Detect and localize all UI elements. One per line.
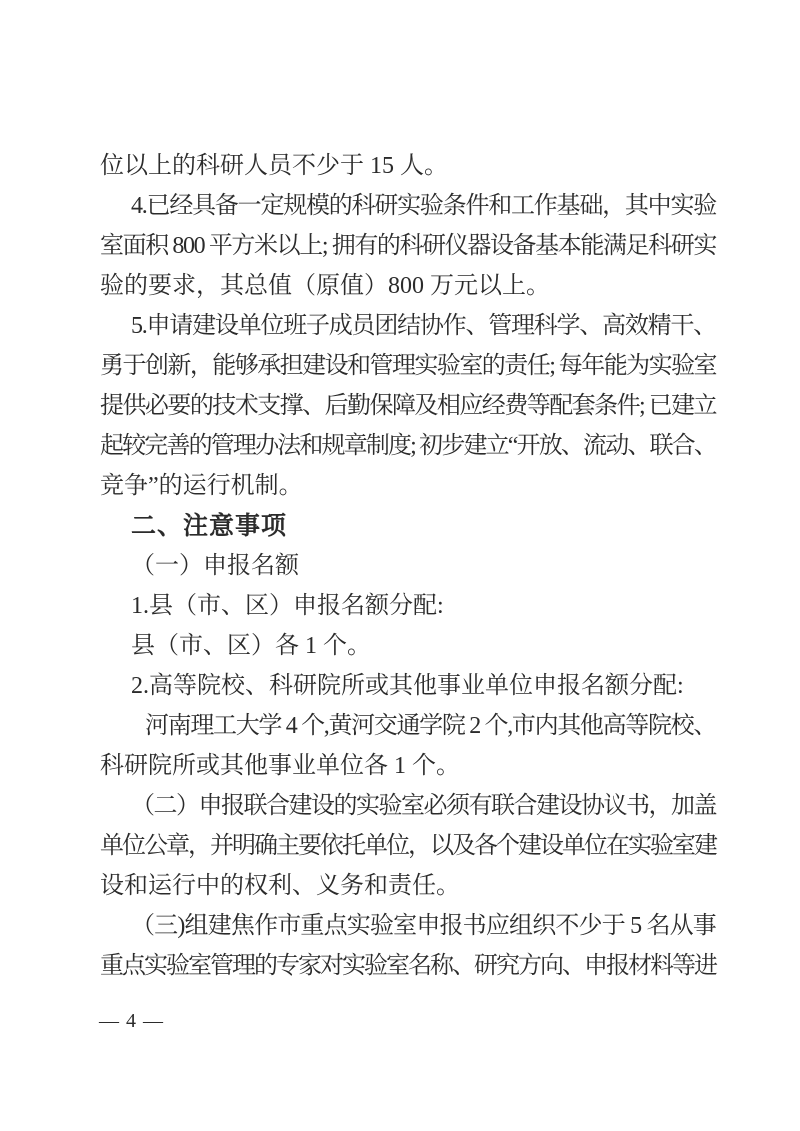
text-line: 单位公章，并明确主要依托单位，以及各个建设单位在实验室建 <box>100 826 716 866</box>
text-line: 科研院所或其他事业单位各 1 个。 <box>100 746 716 786</box>
text-line: 2.高等院校、科研院所或其他事业单位申报名额分配: <box>100 666 716 706</box>
text-line: （三)组建焦作市重点实验室申报书应组织不少于 5 名从事 <box>100 906 716 946</box>
text-line: （二）申报联合建设的实验室必须有联合建设协议书，加盖 <box>100 786 716 826</box>
page-number: — 4 — <box>99 1006 164 1036</box>
text-line: 重点实验室管理的专家对实验室名称、研究方向、申报材料等进 <box>100 946 716 986</box>
text-line: 提供必要的技术支撑、后勤保障及相应经费等配套条件; 已建立 <box>100 386 716 426</box>
text-line: 竞争”的运行机制。 <box>100 466 716 506</box>
text-line: 位以上的科研人员不少于 15 人。 <box>100 146 716 186</box>
text-line: 验的要求，其总值（原值）800 万元以上。 <box>100 266 716 306</box>
text-line: 室面积 800 平方米以上; 拥有的科研仪器设备基本能满足科研实 <box>100 226 716 266</box>
text-line: 勇于创新，能够承担建设和管理实验室的责任; 每年能为实验室 <box>100 346 716 386</box>
text-line: 4.已经具备一定规模的科研实验条件和工作基础，其中实验 <box>100 186 716 226</box>
section-heading: 二、注意事项 <box>100 506 716 546</box>
document-body: 位以上的科研人员不少于 15 人。 4.已经具备一定规模的科研实验条件和工作基础… <box>100 146 716 986</box>
text-line: 县（市、区）各 1 个。 <box>100 626 716 666</box>
text-line: 5.申请建设单位班子成员团结协作、管理科学、高效精干、 <box>100 306 716 346</box>
text-line: 1.县（市、区）申报名额分配: <box>100 586 716 626</box>
text-line: 起较完善的管理办法和规章制度; 初步建立“开放、流动、联合、 <box>100 426 716 466</box>
text-line: 河南理工大学 4 个,黄河交通学院 2 个,市内其他高等院校、 <box>100 706 716 746</box>
text-line: 设和运行中的权利、义务和责任。 <box>100 866 716 906</box>
text-line: （一）申报名额 <box>100 546 716 586</box>
document-page: { "colors": { "background": "#ffffff", "… <box>0 0 800 1131</box>
